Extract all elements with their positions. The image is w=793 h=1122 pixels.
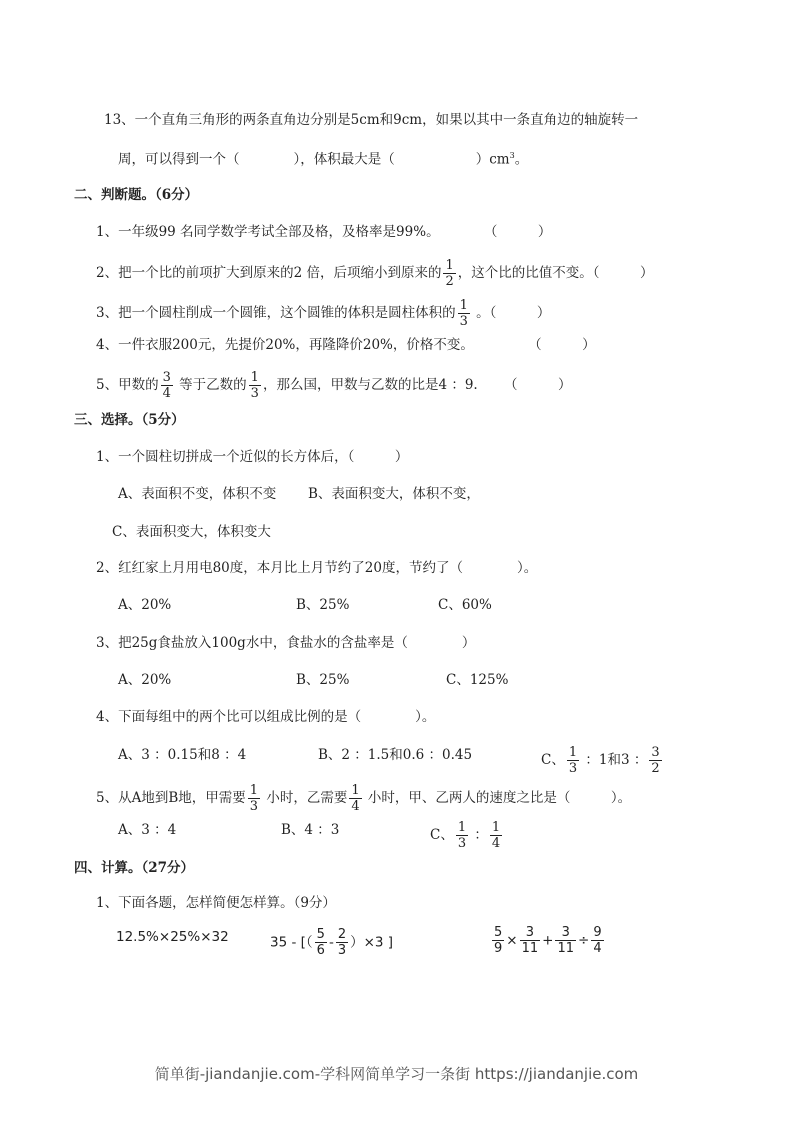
fraction: 56 xyxy=(315,927,327,958)
fraction: 13 xyxy=(567,745,579,776)
fraction: 59 xyxy=(492,925,504,956)
judge-item-5: 5、甲数的34 等于乙数的13，那么国，甲数与乙数的比是4 ：9. （ ） xyxy=(96,370,572,401)
fraction: 13 xyxy=(249,370,261,401)
expression-1: 12.5%×25%×32 xyxy=(116,927,229,947)
choice-q1-option-a[interactable]: A、表面积不变，体积不变 xyxy=(118,484,276,504)
fraction: 311 xyxy=(555,925,576,956)
judge-item-1: 1、一年级99 名同学数学考试全部及格，及格率是99%。 （ ） xyxy=(96,222,551,242)
choice-q1-option-b[interactable]: B、表面积变大，体积不变， xyxy=(308,484,480,504)
choice-q4: 4、下面每组中的两个比可以组成比例的是（ ）。 xyxy=(96,707,435,727)
fraction: 23 xyxy=(336,927,348,958)
choice-q5-option-a[interactable]: A、3 ：4 xyxy=(118,820,176,840)
fraction: 13 xyxy=(248,783,260,814)
choice-q1: 1、一个圆柱切拼成一个近似的长方体后，（ ） xyxy=(96,447,408,467)
choice-q3-option-a[interactable]: A、20% xyxy=(118,670,171,690)
choice-q3: 3、把25g食盐放入100g水中，食盐水的含盐率是（ ） xyxy=(96,633,475,653)
fraction: 94 xyxy=(591,925,603,956)
fraction: 311 xyxy=(520,925,541,956)
fraction: 13 xyxy=(456,820,468,851)
question-13-line1: 13、一个直角三角形的两条直角边分别是5cm和9cm，如果以其中一条直角边的轴旋… xyxy=(104,110,638,130)
question-13-line2: 周，可以得到一个（ ），体积最大是（ ）cm3。 xyxy=(118,146,528,170)
expression-2: 35 - [（56-23）×3 ] xyxy=(270,927,393,958)
section-2-title: 二、判断题。（6分） xyxy=(74,185,198,205)
choice-q1-option-c[interactable]: C、表面积变大，体积变大 xyxy=(112,522,271,542)
answer-blank[interactable]: （ ） xyxy=(528,337,596,353)
choice-q4-option-a[interactable]: A、3 ：0.15和8 ：4 xyxy=(118,745,246,765)
section-3-title: 三、选择。（5分） xyxy=(74,410,185,430)
fraction: 12 xyxy=(443,258,455,289)
section-4-title: 四、计算。（27分） xyxy=(74,858,194,878)
choice-q2-option-b[interactable]: B、25% xyxy=(296,595,349,615)
choice-q5-option-c[interactable]: C、13 ：14 xyxy=(430,820,504,851)
expression-3: 59×311+311÷94 xyxy=(490,925,606,956)
answer-blank[interactable]: （ ） xyxy=(504,377,572,393)
judge-item-3: 3、把一个圆柱削成一个圆锥，这个圆锥的体积是圆柱体积的13 。（ ） xyxy=(96,298,550,329)
fraction: 32 xyxy=(649,745,661,776)
choice-q2-option-c[interactable]: C、60% xyxy=(438,595,492,615)
fraction: 14 xyxy=(490,820,502,851)
answer-blank[interactable]: （ ） xyxy=(484,224,552,240)
calc-q1: 1、下面各题，怎样简便怎样算。（9分） xyxy=(96,893,336,913)
fraction: 13 xyxy=(458,298,470,329)
choice-q4-option-b[interactable]: B、2 ：1.5和0.6 ：0.45 xyxy=(318,745,472,765)
fraction: 14 xyxy=(349,783,361,814)
choice-q5: 5、从A地到B地，甲需要13 小时，乙需要14 小时，甲、乙两人的速度之比是（ … xyxy=(96,783,631,814)
footer-watermark: 简单街-jiandanjie.com-学科网简单学习一条街 https://ji… xyxy=(0,1063,793,1084)
fraction: 34 xyxy=(161,370,173,401)
choice-q3-option-b[interactable]: B、25% xyxy=(296,670,349,690)
choice-q4-option-c[interactable]: C、13 ：1和3 ：32 xyxy=(541,745,664,776)
choice-q2: 2、红红家上月用电80度，本月比上月节约了20度，节约了（ ）。 xyxy=(96,558,537,578)
choice-q5-option-b[interactable]: B、4 ：3 xyxy=(281,820,339,840)
judge-item-2: 2、把一个比的前项扩大到原来的2 倍，后项缩小到原来的12，这个比的比值不变。（… xyxy=(96,258,654,289)
judge-item-4: 4、一件衣服200元，先提价20%，再隆降价20%，价格不变。 （ ） xyxy=(96,335,596,355)
choice-q3-option-c[interactable]: C、125% xyxy=(446,670,508,690)
choice-q2-option-a[interactable]: A、20% xyxy=(118,595,171,615)
